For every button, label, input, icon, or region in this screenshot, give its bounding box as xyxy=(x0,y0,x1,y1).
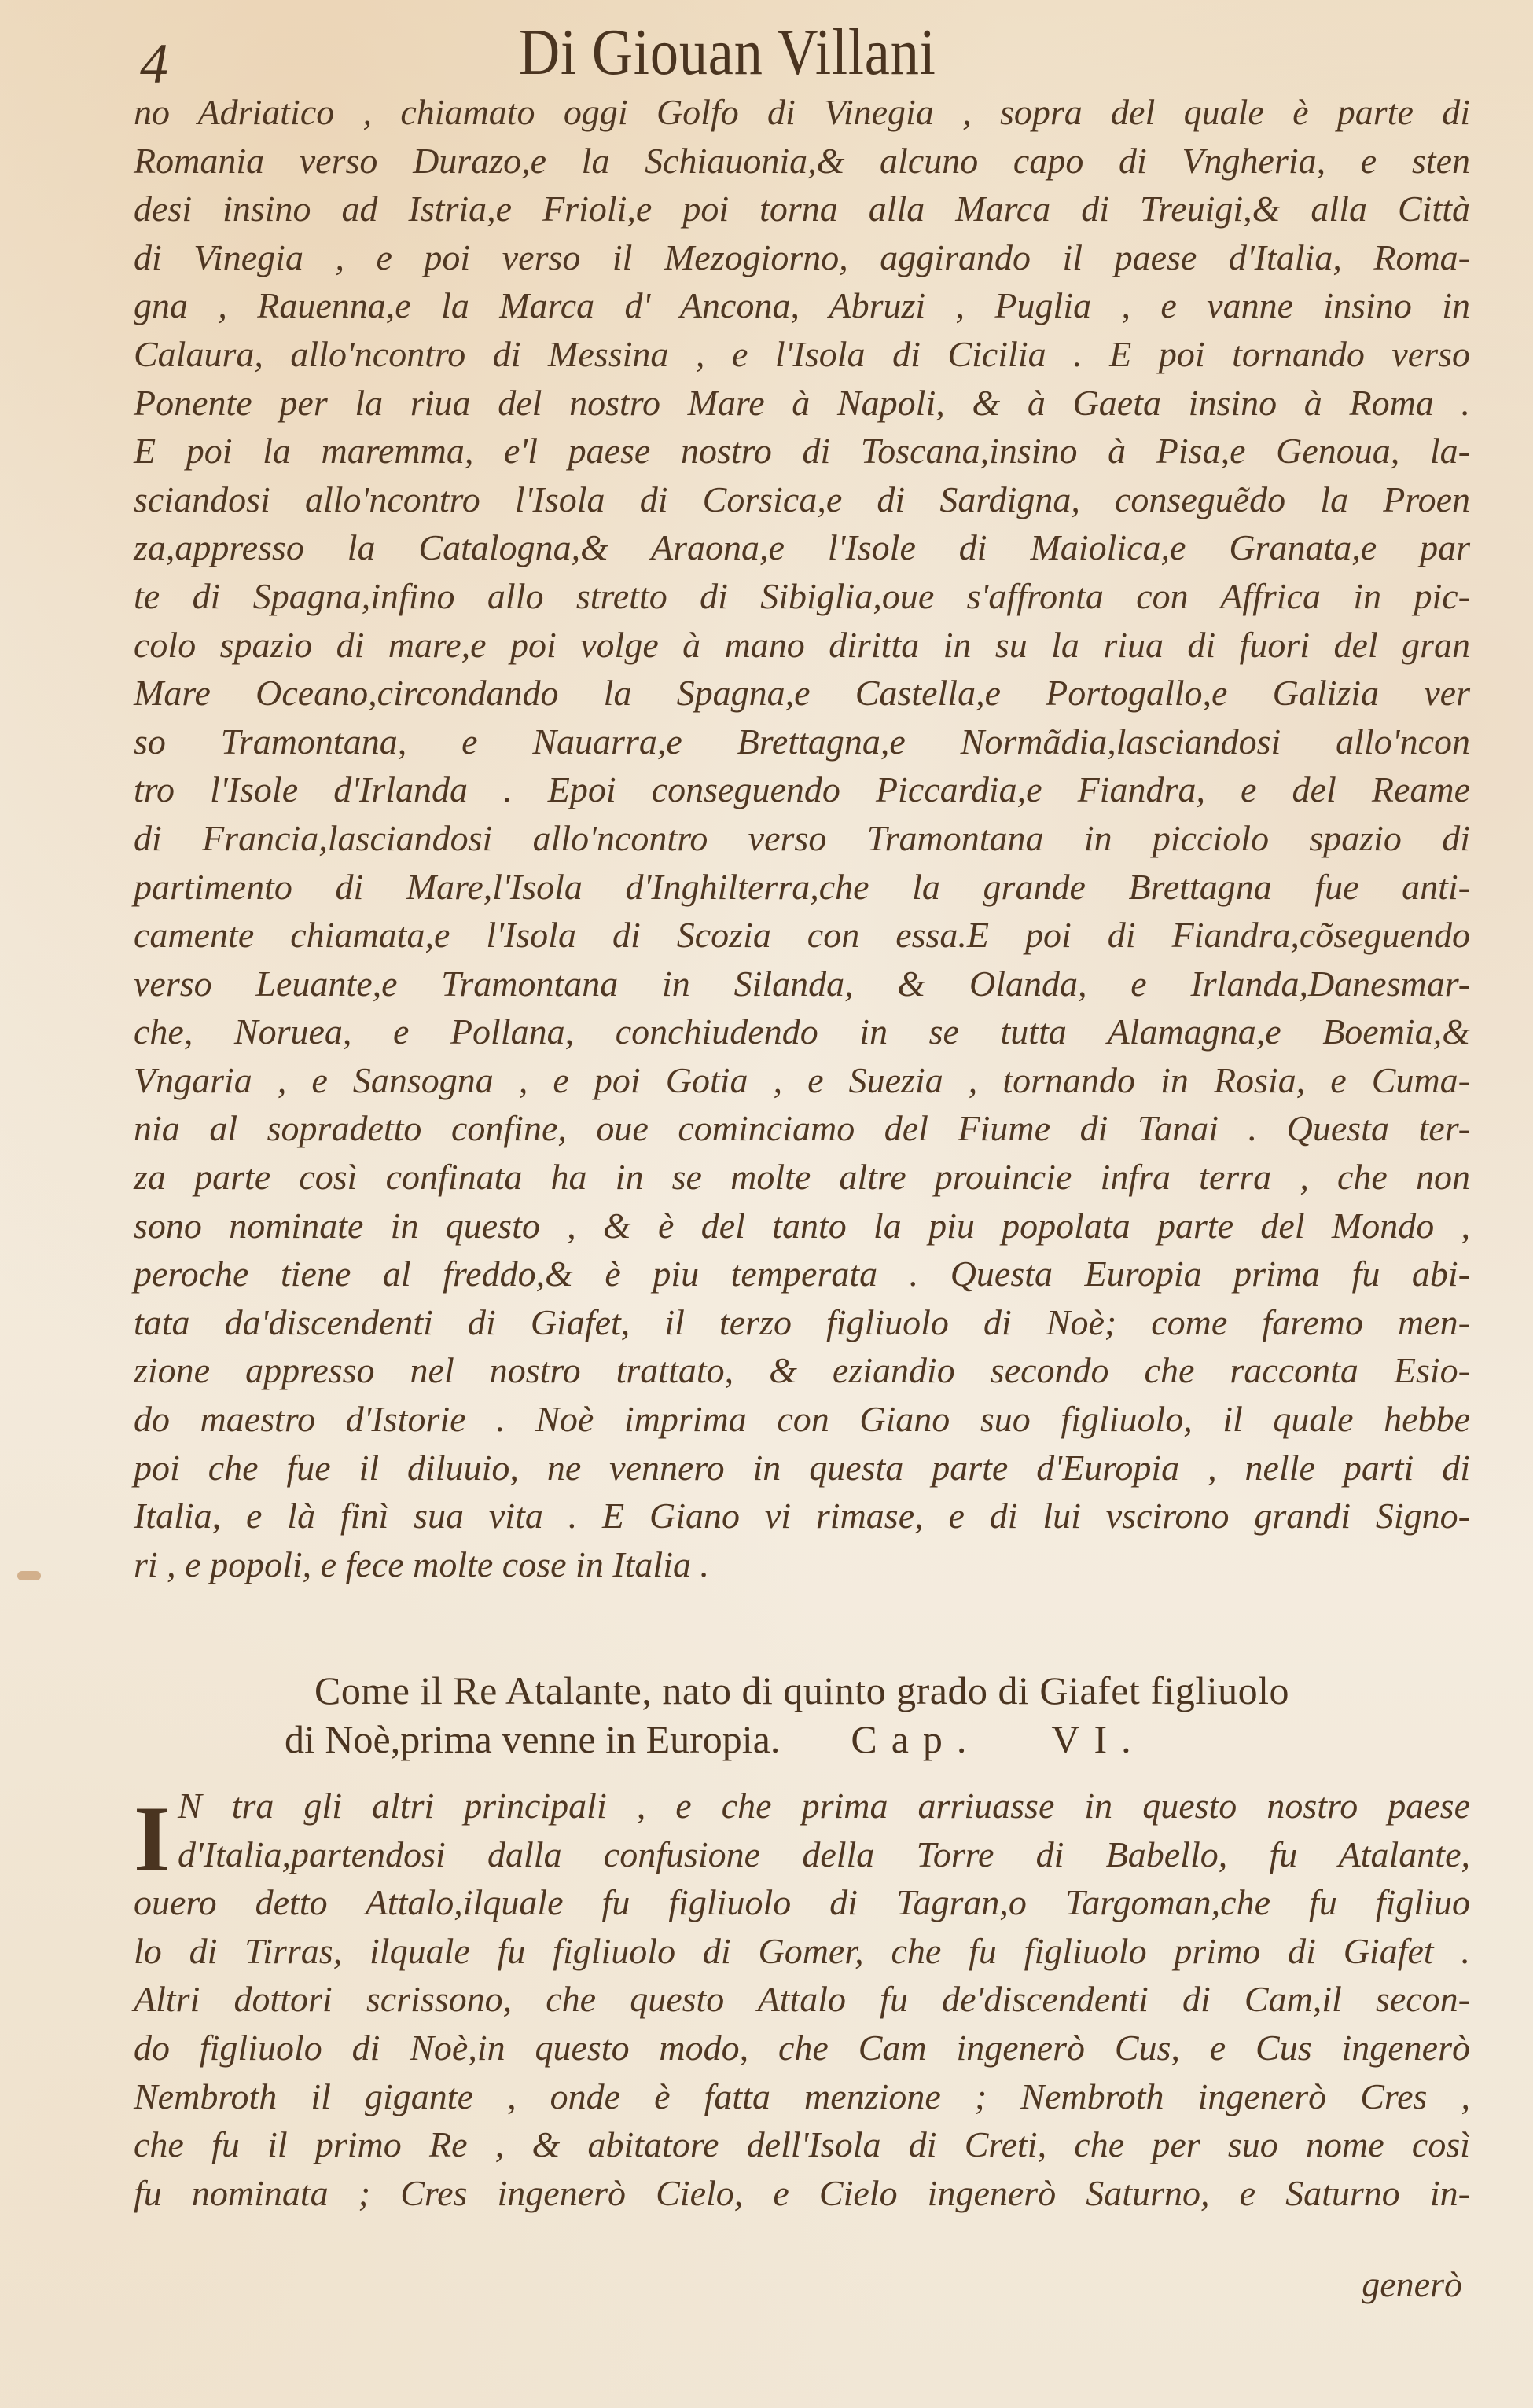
chapter-text-block: I N tra gli altri principali , e che pri… xyxy=(134,1782,1470,2217)
text-line: di Francia,lasciandosi allo'ncontro vers… xyxy=(134,814,1470,863)
catchword: generò xyxy=(1362,2263,1462,2305)
text-line: Nembroth il gigante , onde è fatta menzi… xyxy=(134,2072,1470,2121)
text-line: poi che fue il diluuio, ne vennero in qu… xyxy=(134,1444,1470,1492)
text-line: d'Italia,partendosi dalla confusione del… xyxy=(134,1830,1470,1879)
text-line: verso Leuante,e Tramontana in Silanda, &… xyxy=(134,960,1470,1008)
text-line: Calaura, allo'ncontro di Messina , e l'I… xyxy=(134,330,1470,379)
text-line: desi insino ad Istria,e Frioli,e poi tor… xyxy=(134,185,1470,233)
text-line: Mare Oceano,circondando la Spagna,e Cast… xyxy=(134,669,1470,718)
text-line: do figliuolo di Noè,in questo modo, che … xyxy=(134,2024,1470,2072)
text-line: so Tramontana, e Nauarra,e Brettagna,e N… xyxy=(134,718,1470,766)
text-line: peroche tiene al freddo,& è piu temperat… xyxy=(134,1250,1470,1298)
running-head-title: Di Giouan Villani xyxy=(519,14,936,90)
text-line: colo spazio di mare,e poi volge à mano d… xyxy=(134,621,1470,670)
text-line: camente chiamata,e l'Isola di Scozia con… xyxy=(134,911,1470,960)
body-text-block: no Adriatico , chiamato oggi Golfo di Vi… xyxy=(134,88,1470,1588)
chapter-label: Cap. xyxy=(851,1717,980,1761)
chapter-heading: Come il Re Atalante, nato di quinto grad… xyxy=(189,1666,1415,1764)
text-line: E poi la maremma, e'l paese nostro di To… xyxy=(134,427,1470,475)
text-line: sono nominate in questo , & è del tanto … xyxy=(134,1202,1470,1250)
text-line: che, Noruea, e Pollana, conchiudendo in … xyxy=(134,1008,1470,1056)
text-line: Altri dottori scrissono, che questo Atta… xyxy=(134,1975,1470,2024)
text-line: no Adriatico , chiamato oggi Golfo di Vi… xyxy=(134,88,1470,137)
text-line: nia al sopradetto confine, oue cominciam… xyxy=(134,1104,1470,1153)
text-line: gna , Rauenna,e la Marca d' Ancona, Abru… xyxy=(134,281,1470,330)
text-line: za parte così confinata ha in se molte a… xyxy=(134,1153,1470,1202)
text-line: te di Spagna,infino allo stretto di Sibi… xyxy=(134,572,1470,621)
text-line: Vngaria , e Sansogna , e poi Gotia , e S… xyxy=(134,1056,1470,1105)
chapter-heading-line-2: di Noè,prima venne in Europia.Cap.VI. xyxy=(189,1715,1415,1764)
text-line: ouero detto Attalo,ilquale fu figliuolo … xyxy=(134,1878,1470,1927)
text-line: zione appresso nel nostro trattato, & ez… xyxy=(134,1346,1470,1395)
text-line: N tra gli altri principali , e che prima… xyxy=(134,1782,1470,1830)
book-page: 4 Di Giouan Villani no Adriatico , chiam… xyxy=(0,0,1533,2408)
text-line: tro l'Isole d'Irlanda . Epoi conseguendo… xyxy=(134,765,1470,814)
text-line: ri , e popoli, e fece molte cose in Ital… xyxy=(134,1540,1470,1589)
chapter-heading-title-end: di Noè,prima venne in Europia. xyxy=(285,1717,780,1761)
chapter-heading-line-1: Come il Re Atalante, nato di quinto grad… xyxy=(189,1666,1415,1715)
text-line: do maestro d'Istorie . Noè imprima con G… xyxy=(134,1395,1470,1444)
text-line: partimento di Mare,l'Isola d'Inghilterra… xyxy=(134,863,1470,912)
text-line: Italia, e là finì sua vita . E Giano vi … xyxy=(134,1492,1470,1540)
paper-stain xyxy=(17,1571,41,1580)
text-line: Ponente per la riua del nostro Mare à Na… xyxy=(134,379,1470,428)
text-line: che fu il primo Re , & abitatore dell'Is… xyxy=(134,2120,1470,2169)
text-line: Romania verso Durazo,e la Schiauonia,& a… xyxy=(134,137,1470,185)
text-line: tata da'discendenti di Giafet, il terzo … xyxy=(134,1298,1470,1347)
text-line: fu nominata ; Cres ingenerò Cielo, e Cie… xyxy=(134,2169,1470,2218)
text-line: sciandosi allo'ncontro l'Isola di Corsic… xyxy=(134,475,1470,524)
chapter-number: VI. xyxy=(1051,1717,1145,1761)
drop-cap-initial: I xyxy=(134,1796,171,1882)
page-number: 4 xyxy=(140,31,168,97)
text-line: lo di Tirras, ilquale fu figliuolo di Go… xyxy=(134,1927,1470,1976)
text-line: za,appresso la Catalogna,& Araona,e l'Is… xyxy=(134,523,1470,572)
text-line: di Vinegia , e poi verso il Mezogiorno, … xyxy=(134,233,1470,282)
